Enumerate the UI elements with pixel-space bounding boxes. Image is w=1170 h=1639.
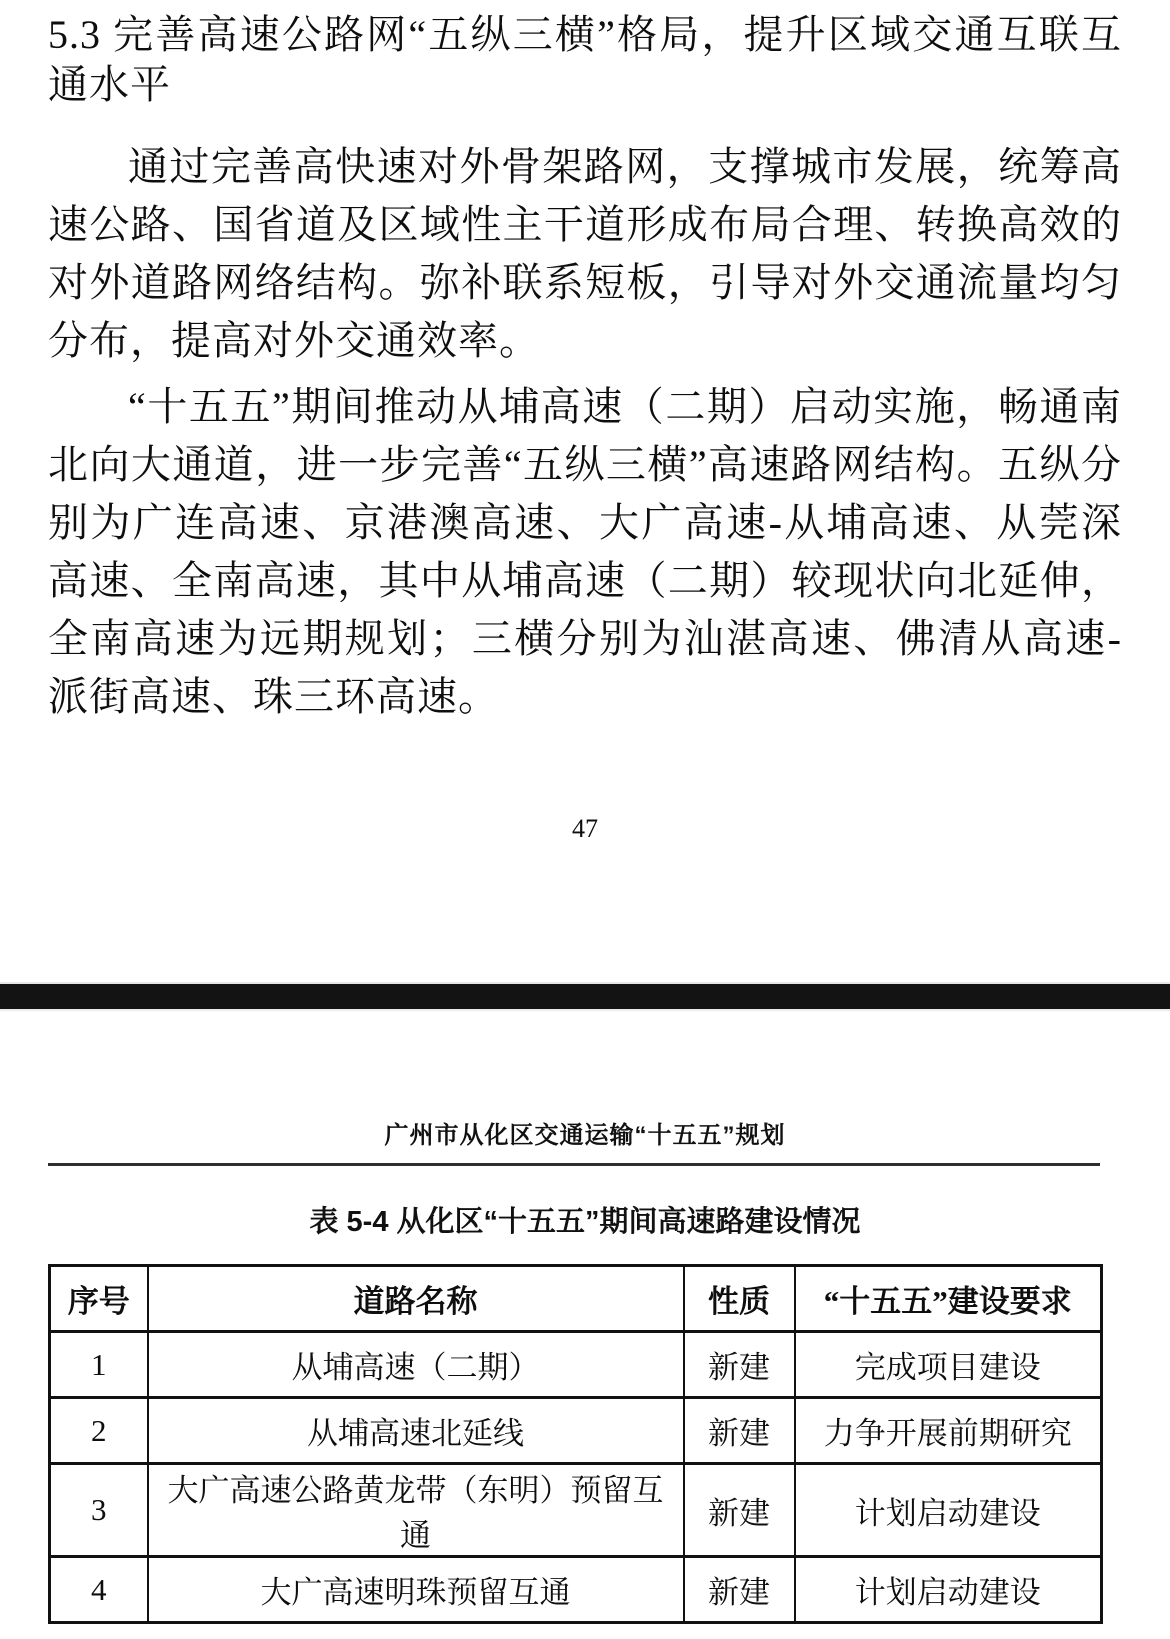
cell-row1-seq: 1 [50, 1332, 148, 1398]
cell-row3-nature: 新建 [684, 1464, 795, 1557]
section-heading: 5.3 完善高速公路网“五纵三横”格局，提升区域交通互联互通水平 [48, 10, 1122, 110]
paragraph-2: “十五五”期间推动从埔高速（二期）启动实施，畅通南北向大通道，进一步完善“五纵三… [48, 378, 1122, 726]
col-header-seq: 序号 [50, 1266, 148, 1332]
col-header-nature: 性质 [684, 1266, 795, 1332]
page-separator-bar [0, 982, 1170, 1011]
col-header-road-name: 道路名称 [148, 1266, 684, 1332]
header-rule [48, 1163, 1100, 1166]
page-47: 5.3 完善高速公路网“五纵三横”格局，提升区域交通互联互通水平 通过完善高快速… [0, 0, 1170, 982]
cell-row2-road: 从埔高速北延线 [148, 1398, 684, 1464]
cell-row3-requirement: 计划启动建设 [795, 1464, 1102, 1557]
cell-row3-seq: 3 [50, 1464, 148, 1557]
paragraph-1: 通过完善高快速对外骨架路网，支撑城市发展，统筹高速公路、国省道及区域性主干道形成… [48, 138, 1122, 370]
running-header: 广州市从化区交通运输“十五五”规划 [0, 1123, 1170, 1149]
cell-row2-seq: 2 [50, 1398, 148, 1464]
cell-row4-requirement: 计划启动建设 [795, 1557, 1102, 1623]
table-row: 4 大广高速明珠预留互通 新建 计划启动建设 [50, 1557, 1102, 1623]
cell-row4-road: 大广高速明珠预留互通 [148, 1557, 684, 1623]
cell-row1-requirement: 完成项目建设 [795, 1332, 1102, 1398]
table-row: 3 大广高速公路黄龙带（东明）预留互通 新建 计划启动建设 [50, 1464, 1102, 1557]
cell-row1-road: 从埔高速（二期） [148, 1332, 684, 1398]
table-row: 1 从埔高速（二期） 新建 完成项目建设 [50, 1332, 1102, 1398]
cell-row2-nature: 新建 [684, 1398, 795, 1464]
body-text: 通过完善高快速对外骨架路网，支撑城市发展，统筹高速公路、国省道及区域性主干道形成… [48, 138, 1122, 726]
page-number: 47 [48, 814, 1122, 844]
cell-row4-nature: 新建 [684, 1557, 795, 1623]
page-48: 广州市从化区交通运输“十五五”规划 表 5-4 从化区“十五五”期间高速路建设情… [0, 1011, 1170, 1639]
cell-row1-nature: 新建 [684, 1332, 795, 1398]
table-header-row: 序号 道路名称 性质 “十五五”建设要求 [50, 1266, 1102, 1332]
cell-row2-requirement: 力争开展前期研究 [795, 1398, 1102, 1464]
highway-construction-table: 序号 道路名称 性质 “十五五”建设要求 1 从埔高速（二期） 新建 完成项目建… [48, 1264, 1103, 1624]
cell-row4-seq: 4 [50, 1557, 148, 1623]
table-row: 2 从埔高速北延线 新建 力争开展前期研究 [50, 1398, 1102, 1464]
col-header-requirement: “十五五”建设要求 [795, 1266, 1102, 1332]
table-caption: 表 5-4 从化区“十五五”期间高速路建设情况 [0, 1204, 1170, 1240]
cell-row3-road: 大广高速公路黄龙带（东明）预留互通 [148, 1464, 684, 1557]
